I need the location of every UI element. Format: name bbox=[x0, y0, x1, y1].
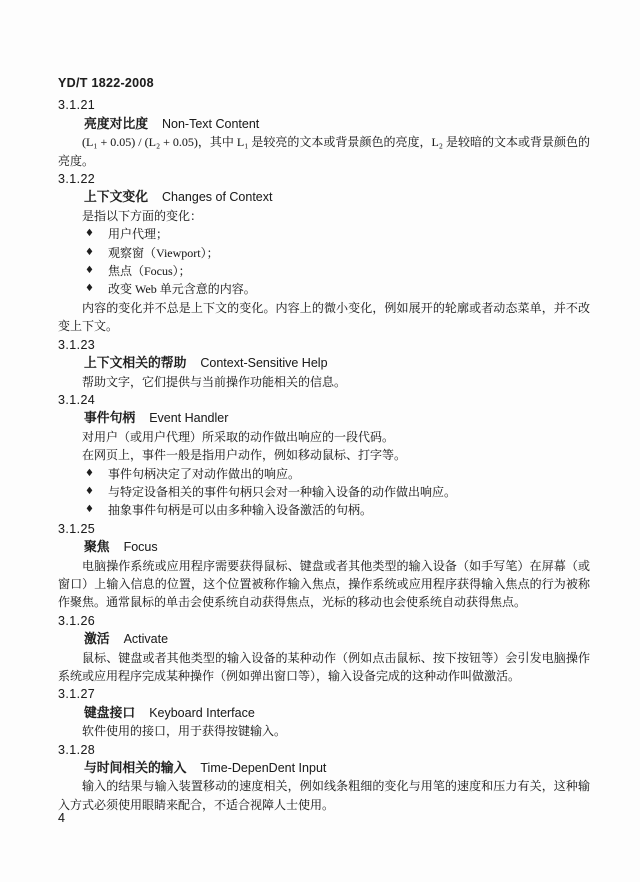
page-number: 4 bbox=[58, 810, 65, 826]
bullet-diamond-icon: ♦ bbox=[85, 225, 94, 243]
body-paragraph: 帮助文字，它们提供与当前操作功能相关的信息。 bbox=[58, 373, 590, 391]
term-line: 上下文相关的帮助Context-Sensitive Help bbox=[58, 354, 590, 372]
definition-section: 3.1.27键盘接口Keyboard Interface软件使用的接口，用于获得… bbox=[58, 685, 590, 740]
bullet-item: ♦观察窗（Viewport）； bbox=[58, 244, 590, 262]
bullet-text: 焦点（Focus）； bbox=[108, 264, 191, 278]
term-english: Non-Text Content bbox=[162, 117, 259, 131]
bullet-item: ♦与特定设备相关的事件句柄只会对一种输入设备的动作做出响应。 bbox=[58, 483, 590, 501]
section-number: 3.1.28 bbox=[58, 741, 590, 759]
body-paragraph: 对用户（或用户代理）所采取的动作做出响应的一段代码。 bbox=[58, 428, 590, 446]
definition-section: 3.1.26激活Activate鼠标、键盘或者其他类型的输入设备的某种动作（例如… bbox=[58, 612, 590, 686]
term-english: Focus bbox=[124, 540, 158, 554]
term-line: 激活Activate bbox=[58, 630, 590, 648]
body-paragraph: 软件使用的接口，用于获得按键输入。 bbox=[58, 722, 590, 740]
section-number: 3.1.22 bbox=[58, 170, 590, 188]
term-line: 上下文变化Changes of Context bbox=[58, 188, 590, 206]
definition-section: 3.1.24事件句柄Event Handler对用户（或用户代理）所采取的动作做… bbox=[58, 391, 590, 520]
term-english: Activate bbox=[124, 632, 168, 646]
bullet-item: ♦事件句柄决定了对动作做出的响应。 bbox=[58, 465, 590, 483]
bullet-text: 观察窗（Viewport）； bbox=[108, 246, 219, 260]
bullet-diamond-icon: ♦ bbox=[85, 501, 94, 519]
bullet-diamond-icon: ♦ bbox=[85, 465, 94, 483]
body-paragraph: 内容的变化并不总是上下文的变化。内容上的微小变化，例如展开的轮廓或者动态菜单，并… bbox=[58, 299, 590, 336]
section-number: 3.1.23 bbox=[58, 336, 590, 354]
bullet-item: ♦抽象事件句柄是可以由多种输入设备激活的句柄。 bbox=[58, 501, 590, 519]
body-paragraph: 输入的结果与输入装置移动的速度相关，例如线条粗细的变化与用笔的速度和压力有关，这… bbox=[58, 777, 590, 814]
bullet-text: 改变 Web 单元含意的内容。 bbox=[108, 282, 256, 296]
bullet-text: 用户代理； bbox=[108, 227, 168, 241]
section-number: 3.1.25 bbox=[58, 520, 590, 538]
bullet-item: ♦用户代理； bbox=[58, 225, 590, 243]
definition-section: 3.1.23上下文相关的帮助Context-Sensitive Help帮助文字… bbox=[58, 336, 590, 391]
term-english: Time-DepenDent Input bbox=[200, 761, 326, 775]
term-line: 事件句柄Event Handler bbox=[58, 409, 590, 427]
body-paragraph: 鼠标、键盘或者其他类型的输入设备的某种动作（例如点击鼠标、按下按钮等）会引发电脑… bbox=[58, 649, 590, 686]
bullet-diamond-icon: ♦ bbox=[85, 244, 94, 262]
term-chinese: 键盘接口 bbox=[84, 705, 135, 720]
definition-section: 3.1.25聚焦Focus电脑操作系统或应用程序需要获得鼠标、键盘或者其他类型的… bbox=[58, 520, 590, 612]
term-chinese: 与时间相关的输入 bbox=[84, 760, 186, 775]
term-chinese: 上下文相关的帮助 bbox=[84, 355, 186, 370]
term-english: Keyboard Interface bbox=[149, 706, 255, 720]
term-chinese: 事件句柄 bbox=[84, 410, 135, 425]
bullet-diamond-icon: ♦ bbox=[85, 483, 94, 501]
term-line: 键盘接口Keyboard Interface bbox=[58, 704, 590, 722]
section-number: 3.1.26 bbox=[58, 612, 590, 630]
document-header: YD/T 1822-2008 bbox=[58, 74, 590, 92]
definition-section: 3.1.21亮度对比度Non-Text Content(L₁ + 0.05) /… bbox=[58, 96, 590, 170]
section-number: 3.1.27 bbox=[58, 685, 590, 703]
bullet-item: ♦改变 Web 单元含意的内容。 bbox=[58, 280, 590, 298]
term-chinese: 聚焦 bbox=[84, 539, 110, 554]
bullet-diamond-icon: ♦ bbox=[85, 262, 94, 280]
page-content: YD/T 1822-2008 3.1.21亮度对比度Non-Text Conte… bbox=[58, 74, 590, 814]
body-paragraph: 是指以下方面的变化： bbox=[58, 207, 590, 225]
bullet-text: 事件句柄决定了对动作做出的响应。 bbox=[108, 467, 300, 481]
term-line: 与时间相关的输入Time-DepenDent Input bbox=[58, 759, 590, 777]
bullet-item: ♦焦点（Focus）； bbox=[58, 262, 590, 280]
term-line: 亮度对比度Non-Text Content bbox=[58, 115, 590, 133]
term-chinese: 上下文变化 bbox=[84, 189, 148, 204]
term-line: 聚焦Focus bbox=[58, 538, 590, 556]
sections-container: 3.1.21亮度对比度Non-Text Content(L₁ + 0.05) /… bbox=[58, 96, 590, 814]
definition-section: 3.1.28与时间相关的输入Time-DepenDent Input输入的结果与… bbox=[58, 741, 590, 815]
term-english: Changes of Context bbox=[162, 190, 273, 204]
body-paragraph: 电脑操作系统或应用程序需要获得鼠标、键盘或者其他类型的输入设备（如手写笔）在屏幕… bbox=[58, 557, 590, 612]
document-page: YD/T 1822-2008 3.1.21亮度对比度Non-Text Conte… bbox=[0, 0, 640, 882]
term-english: Event Handler bbox=[149, 411, 228, 425]
term-chinese: 激活 bbox=[84, 631, 110, 646]
term-english: Context-Sensitive Help bbox=[200, 356, 327, 370]
bullet-diamond-icon: ♦ bbox=[85, 280, 94, 298]
section-number: 3.1.24 bbox=[58, 391, 590, 409]
body-paragraph: 在网页上，事件一般是指用户动作，例如移动鼠标、打字等。 bbox=[58, 446, 590, 464]
bullet-text: 与特定设备相关的事件句柄只会对一种输入设备的动作做出响应。 bbox=[108, 485, 456, 499]
term-chinese: 亮度对比度 bbox=[84, 116, 148, 131]
section-number: 3.1.21 bbox=[58, 96, 590, 114]
definition-section: 3.1.22上下文变化Changes of Context是指以下方面的变化：♦… bbox=[58, 170, 590, 336]
bullet-text: 抽象事件句柄是可以由多种输入设备激活的句柄。 bbox=[108, 503, 372, 517]
body-paragraph: (L₁ + 0.05) / (L₂ + 0.05)，其中 L₁ 是较亮的文本或背… bbox=[58, 133, 590, 170]
